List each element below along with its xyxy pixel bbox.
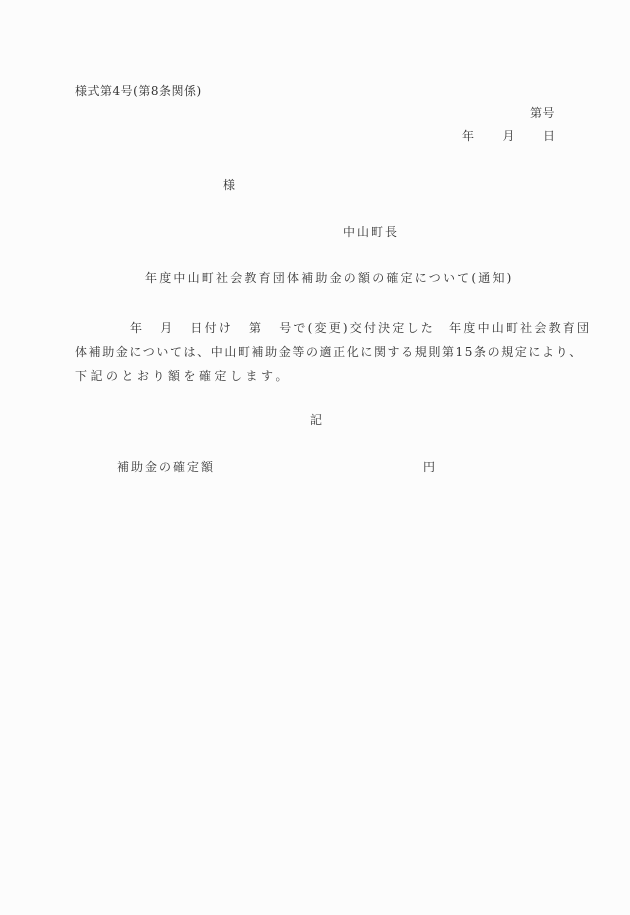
body-month-label: 月 bbox=[160, 321, 174, 335]
body-line-1-rest: 号で(変更)交付決定した 年度中山町社会教育団 bbox=[279, 321, 591, 335]
document-page: 様式第4号(第8条関係) 第号 年月日 様 中山町長 年度中山町社会教育団体補助… bbox=[0, 0, 630, 915]
ki-heading: 記 bbox=[310, 412, 323, 428]
body-line-3: 下記のとおり額を確定します。 bbox=[75, 368, 291, 384]
date-month-label: 月 bbox=[503, 128, 516, 144]
issue-date: 年月日 bbox=[462, 128, 556, 144]
document-title: 年度中山町社会教育団体補助金の額の確定について(通知) bbox=[145, 270, 514, 286]
document-number: 第号 bbox=[530, 105, 555, 121]
body-line-2: 体補助金については、中山町補助金等の適正化に関する規則第15条の規定により、 bbox=[75, 344, 583, 360]
date-year-label: 年 bbox=[462, 128, 475, 144]
amount-label: 補助金の確定額 bbox=[117, 459, 215, 475]
body-number-prefix: 第 bbox=[249, 321, 263, 335]
addressee: 様 bbox=[223, 177, 236, 193]
form-number: 様式第4号(第8条関係) bbox=[75, 83, 202, 99]
body-year-label: 年 bbox=[130, 321, 144, 335]
date-day-label: 日 bbox=[543, 128, 556, 144]
body-day-suffix: 日付け bbox=[190, 321, 233, 335]
sender: 中山町長 bbox=[343, 224, 399, 240]
body-line-1: 年月日付け第号で(変更)交付決定した 年度中山町社会教育団 bbox=[130, 320, 591, 336]
amount-unit: 円 bbox=[423, 459, 436, 475]
